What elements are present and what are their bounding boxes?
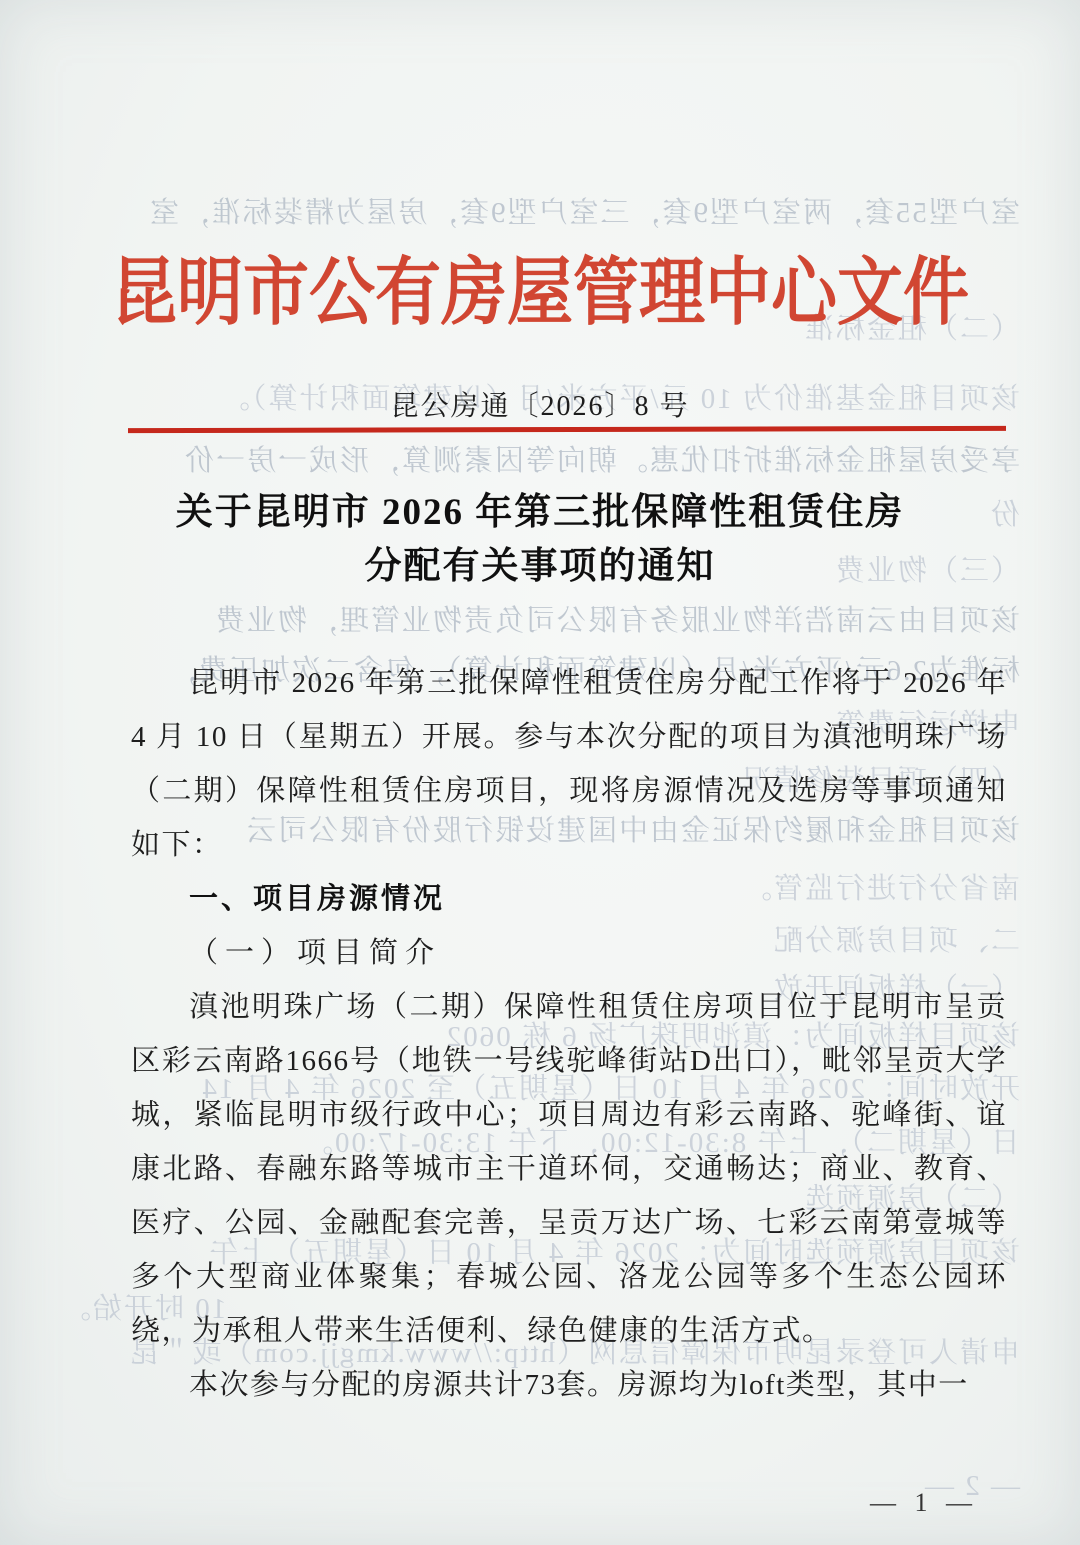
red-separator-rule bbox=[128, 426, 1006, 433]
paragraph-housing-count: 本次参与分配的房源共计73套。房源均为loft类型，其中一 bbox=[131, 1358, 1007, 1412]
section-heading-1: 一、项目房源情况 bbox=[131, 872, 1007, 926]
subsection-heading-1-1: （一）项目简介 bbox=[131, 926, 1007, 980]
bleed-through-line: 室户型55套，两室户型9套，三室户型9套，房屋为精装标准，室 bbox=[60, 190, 1020, 231]
document-page: 室户型55套，两室户型9套，三室户型9套，房屋为精装标准，室（二）租金标准该项目… bbox=[0, 0, 1080, 1545]
bleed-through-line: 享受房屋租金标准折扣优惠。朝向等因素测算，形成一房一价 bbox=[60, 438, 1020, 479]
paragraph-intro: 昆明市 2026 年第三批保障性租赁住房分配工作将于 2026 年 4 月 10… bbox=[131, 656, 1007, 872]
page-number: — 1 — bbox=[870, 1488, 978, 1518]
document-title-line2: 分配有关事项的通知 bbox=[0, 540, 1080, 594]
document-header-title: 昆明市公有房屋管理中心文件 bbox=[0, 232, 1080, 338]
document-title: 关于昆明市 2026 年第三批保障性租赁住房 分配有关事项的通知 bbox=[0, 486, 1080, 594]
document-title-line1: 关于昆明市 2026 年第三批保障性租赁住房 bbox=[0, 486, 1080, 540]
bleed-through-line: 该项目由云南浩洋物业服务有限公司负责物业管理，物业费 bbox=[60, 598, 1020, 639]
document-body: 昆明市 2026 年第三批保障性租赁住房分配工作将于 2026 年 4 月 10… bbox=[131, 656, 1007, 1412]
paragraph-project-intro: 滇池明珠广场（二期）保障性租赁住房项目位于昆明市呈贡区彩云南路1666号（地铁一… bbox=[131, 980, 1007, 1358]
document-number: 昆公房通〔2026〕8 号 bbox=[0, 384, 1080, 424]
